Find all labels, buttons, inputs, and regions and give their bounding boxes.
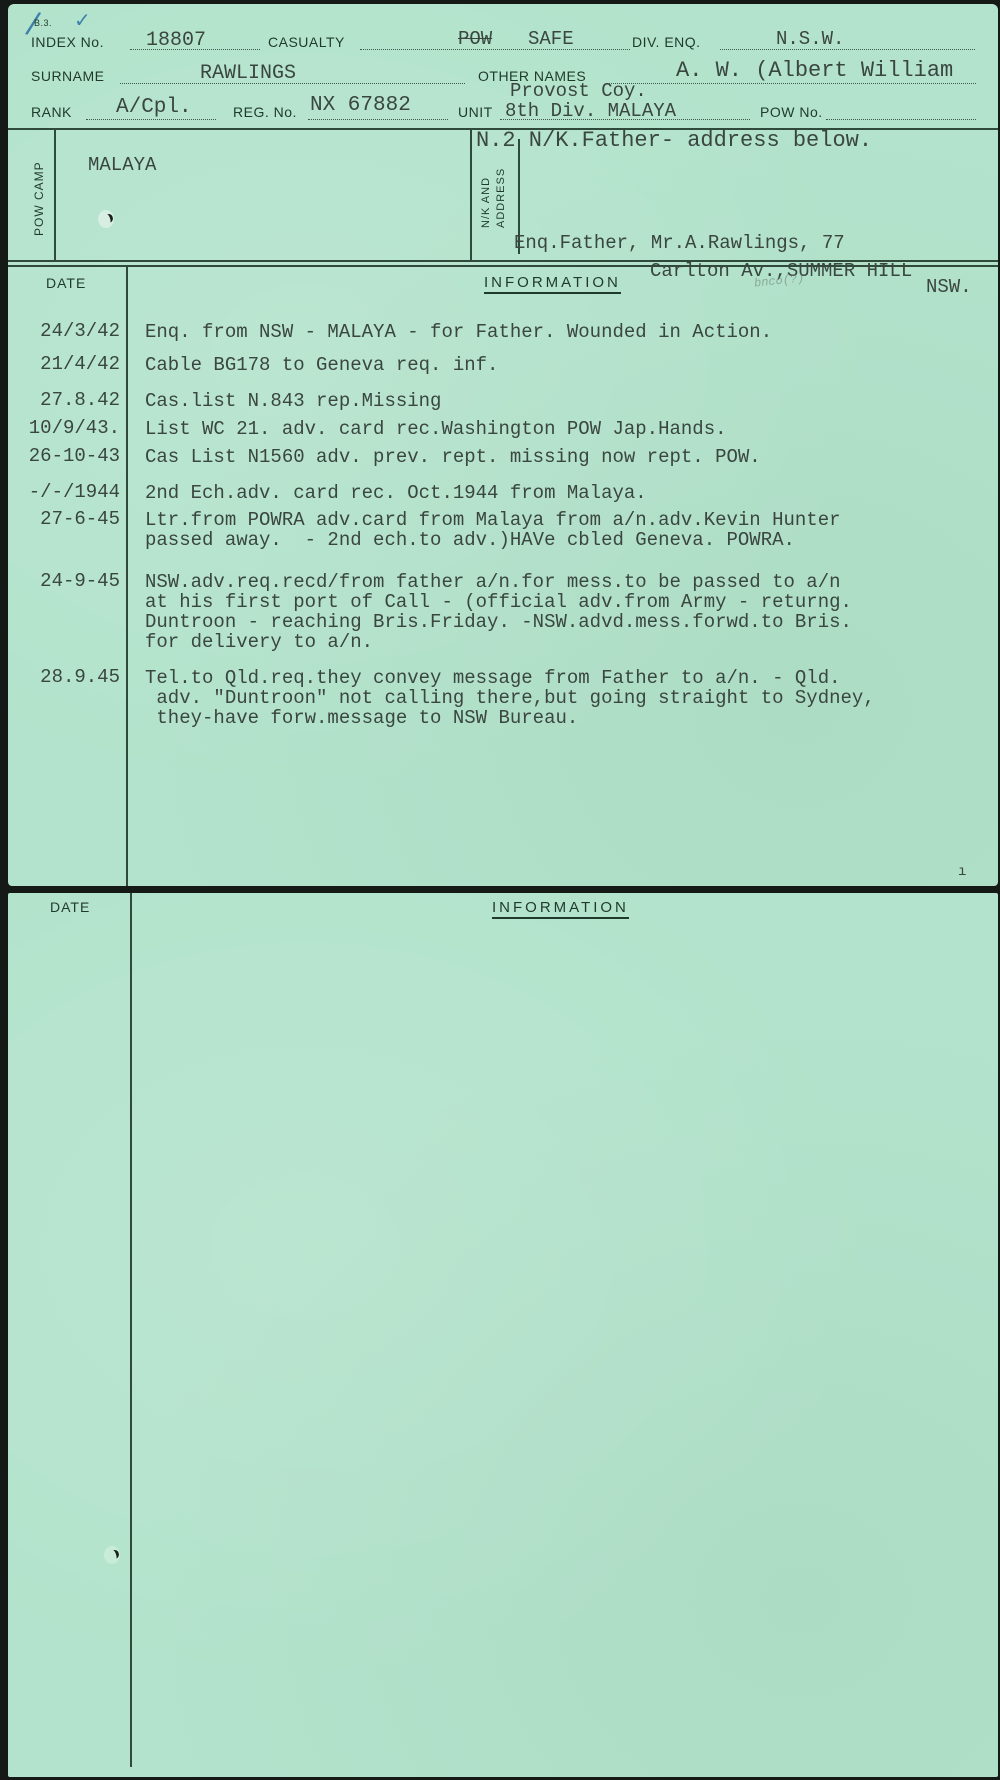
nk-label-line1: N/K AND <box>480 177 492 228</box>
rank-label: RANK <box>31 104 72 120</box>
other-names-value: A. W. (Albert William <box>676 58 953 83</box>
reg-no-value: NX 67882 <box>310 94 411 117</box>
row-date: 27-6-45 <box>10 508 120 530</box>
nk-divider-left <box>470 130 472 260</box>
casualty-struck-value: POW <box>458 28 492 50</box>
record-card-front: / B.3. ✓ INDEX No. 18807 CASUALTY POW SA… <box>8 4 998 886</box>
row-date: 10/9/43. <box>10 417 120 439</box>
row-date: 28.9.45 <box>10 666 120 688</box>
div-enq-value: N.S.W. <box>776 28 844 50</box>
row-date: 26-10-43 <box>10 445 120 467</box>
index-label: INDEX No. <box>31 34 104 50</box>
row-information: List WC 21. adv. card rec.Washington POW… <box>145 419 727 439</box>
row-information: Tel.to Qld.req.they convey message from … <box>145 668 875 728</box>
row-information: Cable BG178 to Geneva req. inf. <box>145 355 498 375</box>
div-enq-label: DIV. ENQ. <box>632 34 701 50</box>
row-date: 27.8.42 <box>10 389 120 411</box>
check-mark-icon: ✓ <box>74 8 91 32</box>
back-date-column-divider <box>130 893 132 1767</box>
row-date: -/-/1944 <box>10 481 120 503</box>
index-value: 18807 <box>146 29 206 52</box>
punch-hole-icon <box>98 210 114 228</box>
pow-camp-label: POW CAMP <box>32 161 46 236</box>
rank-dotted-line <box>86 119 216 120</box>
corner-code: B.3. <box>34 18 52 28</box>
record-card-back: DATE INFORMATION <box>8 893 998 1777</box>
surname-value: RAWLINGS <box>200 62 296 85</box>
unit-value-line2: 8th Div. MALAYA <box>505 100 676 122</box>
rank-value: A/Cpl. <box>116 96 192 119</box>
information-header: INFORMATION <box>484 274 621 294</box>
tick-mark: ı <box>958 864 966 880</box>
row-information: Enq. from NSW - MALAYA - for Father. Wou… <box>145 322 772 342</box>
nk-line1: N.2 N/K.Father- address below. <box>476 128 872 153</box>
nk-line4: NSW. <box>926 276 972 298</box>
row-information: Cas List N1560 adv. prev. rept. missing … <box>145 447 761 467</box>
row-date: 24-9-45 <box>10 570 120 592</box>
row-information: NSW.adv.req.recd/from father a/n.for mes… <box>145 572 852 652</box>
reg-no-label: REG. No. <box>233 104 297 120</box>
nk-label-line2: ADDRESS <box>495 168 507 228</box>
pow-no-label: POW No. <box>760 104 823 120</box>
div-enq-dotted-line <box>720 49 975 50</box>
pow-no-dotted-line <box>826 119 976 120</box>
unit-value-line1: Provost Coy. <box>510 80 647 102</box>
pow-camp-value: MALAYA <box>88 154 156 176</box>
surname-label: SURNAME <box>31 68 105 84</box>
casualty-label: CASUALTY <box>268 34 345 50</box>
reg-no-dotted-line <box>308 119 448 120</box>
row-information: 2nd Ech.adv. card rec. Oct.1944 from Mal… <box>145 483 647 503</box>
date-header: DATE <box>46 275 86 291</box>
back-date-header: DATE <box>50 899 90 915</box>
row-date: 21/4/42 <box>10 353 120 375</box>
row-information: Ltr.from POWRA adv.card from Malaya from… <box>145 510 841 550</box>
unit-label: UNIT <box>458 104 493 120</box>
other-names-dotted-line <box>606 83 976 84</box>
back-information-header: INFORMATION <box>492 899 629 919</box>
nk-line2: Enq.Father, Mr.A.Rawlings, 77 <box>514 232 845 254</box>
punch-hole-icon <box>104 1546 120 1564</box>
row-date: 24/3/42 <box>10 320 120 342</box>
row-information: Cas.list N.843 rep.Missing <box>145 391 441 411</box>
pow-camp-divider <box>54 130 56 260</box>
date-column-divider <box>126 266 128 886</box>
casualty-dotted-line <box>360 49 630 50</box>
casualty-value: SAFE <box>528 28 574 50</box>
